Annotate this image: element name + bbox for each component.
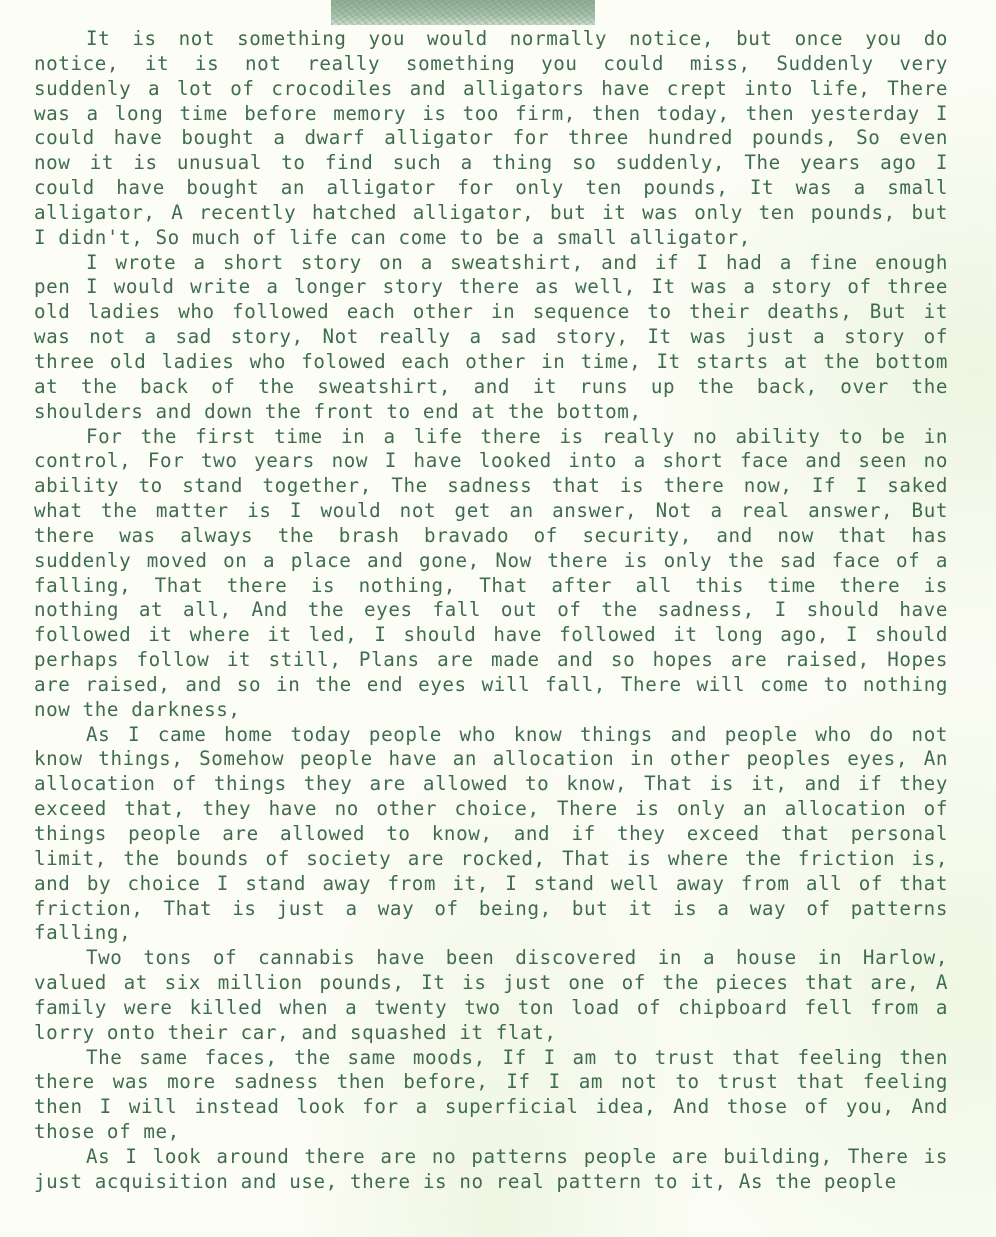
text-line: lorry onto their car, and squashed it fl…	[34, 1021, 948, 1046]
text-line: there was more sadness then before, If I…	[34, 1070, 948, 1095]
text-line: ability to stand together, The sadness t…	[34, 474, 948, 499]
text-line: just acquisition and use, there is no re…	[34, 1170, 948, 1195]
paragraph: For the first time in a life there is re…	[34, 425, 948, 723]
paragraph: I wrote a short story on a sweatshirt, a…	[34, 251, 948, 425]
text-line: was not a sad story, Not really a sad st…	[34, 325, 948, 350]
text-line: family were killed when a twenty two ton…	[34, 996, 948, 1021]
text-line: know things, Somehow people have an allo…	[34, 747, 948, 772]
text-line: now the darkness,	[34, 698, 948, 723]
text-line: suddenly moved on a place and gone, Now …	[34, 549, 948, 574]
text-line: limit, the bounds of society are rocked,…	[34, 847, 948, 872]
header-photo-fragment	[331, 0, 595, 25]
text-line: I wrote a short story on a sweatshirt, a…	[34, 251, 948, 276]
paragraph: As I look around there are no patterns p…	[34, 1145, 948, 1195]
text-line: exceed that, they have no other choice, …	[34, 797, 948, 822]
text-line: perhaps follow it still, Plans are made …	[34, 648, 948, 673]
text-line: notice, it is not really something you c…	[34, 52, 948, 77]
text-line: It is not something you would normally n…	[34, 27, 948, 52]
text-line: falling,	[34, 921, 948, 946]
text-line: old ladies who followed each other in se…	[34, 300, 948, 325]
text-line: For the first time in a life there is re…	[34, 425, 948, 450]
text-line: are raised, and so in the end eyes will …	[34, 673, 948, 698]
text-line: there was always the brash bravado of se…	[34, 524, 948, 549]
text-line: what the matter is I would not get an an…	[34, 499, 948, 524]
text-line: alligator, A recently hatched alligator,…	[34, 201, 948, 226]
text-line: control, For two years now I have looked…	[34, 449, 948, 474]
text-line: valued at six million pounds, It is just…	[34, 971, 948, 996]
text-line: shoulders and down the front to end at t…	[34, 400, 948, 425]
text-line: those of me,	[34, 1120, 948, 1145]
text-line: then I will instead look for a superfici…	[34, 1095, 948, 1120]
text-line: nothing at all, And the eyes fall out of…	[34, 598, 948, 623]
text-line: three old ladies who folowed each other …	[34, 350, 948, 375]
text-line: Two tons of cannabis have been discovere…	[34, 946, 948, 971]
document-body: It is not something you would normally n…	[34, 27, 948, 1195]
text-line: things people are allowed to know, and i…	[34, 822, 948, 847]
text-line: at the back of the sweatshirt, and it ru…	[34, 375, 948, 400]
paragraph: It is not something you would normally n…	[34, 27, 948, 251]
text-line: could have bought an alligator for only …	[34, 176, 948, 201]
text-line: allocation of things they are allowed to…	[34, 772, 948, 797]
text-line: was a long time before memory is too fir…	[34, 102, 948, 127]
paragraph: As I came home today people who know thi…	[34, 723, 948, 947]
text-line: falling, That there is nothing, That aft…	[34, 574, 948, 599]
paragraph: The same faces, the same moods, If I am …	[34, 1046, 948, 1145]
text-line: As I look around there are no patterns p…	[34, 1145, 948, 1170]
text-line: followed it where it led, I should have …	[34, 623, 948, 648]
text-line: I didn't, So much of life can come to be…	[34, 226, 948, 251]
text-line: now it is unusual to find such a thing s…	[34, 151, 948, 176]
text-line: and by choice I stand away from it, I st…	[34, 872, 948, 897]
text-line: suddenly a lot of crocodiles and alligat…	[34, 77, 948, 102]
text-line: The same faces, the same moods, If I am …	[34, 1046, 948, 1071]
text-line: friction, That is just a way of being, b…	[34, 897, 948, 922]
text-line: As I came home today people who know thi…	[34, 723, 948, 748]
text-line: could have bought a dwarf alligator for …	[34, 126, 948, 151]
text-line: pen I would write a longer story there a…	[34, 275, 948, 300]
paragraph: Two tons of cannabis have been discovere…	[34, 946, 948, 1045]
